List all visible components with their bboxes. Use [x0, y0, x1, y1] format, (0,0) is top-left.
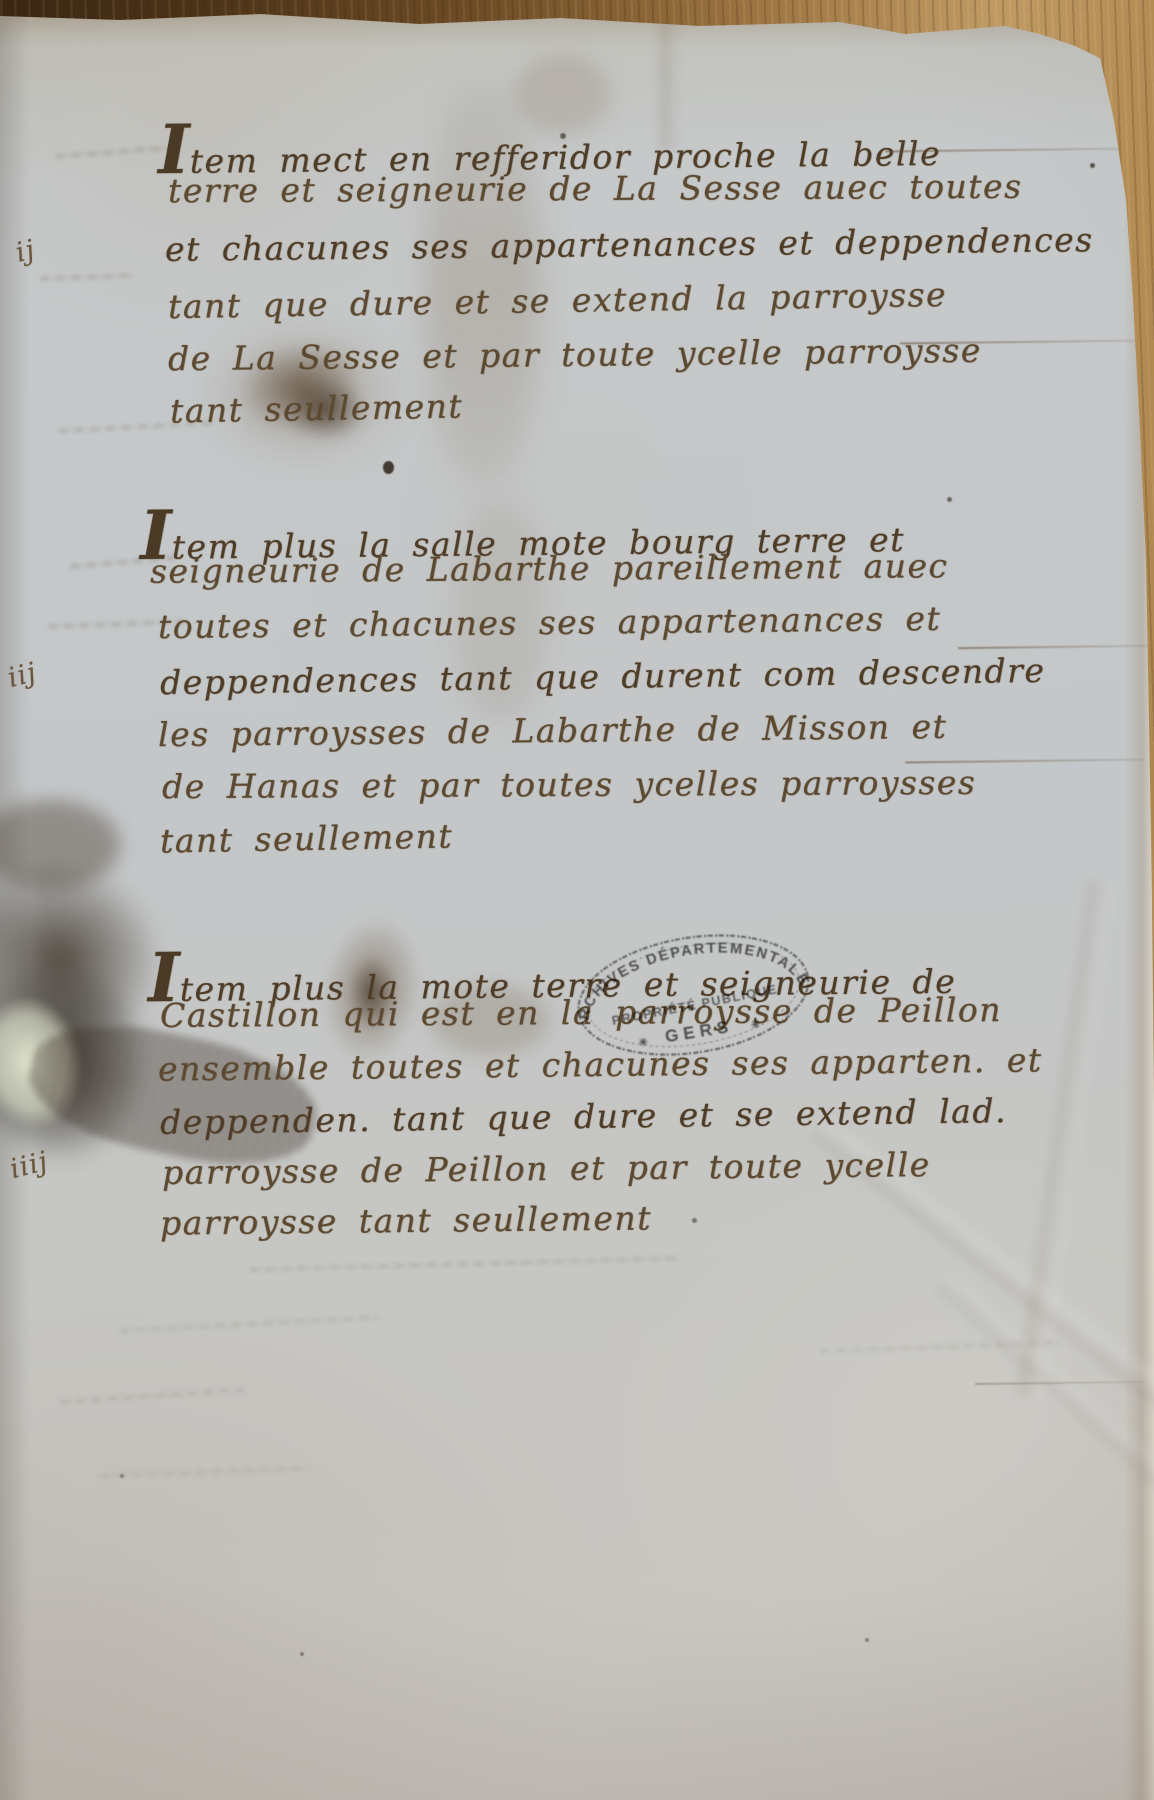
manuscript-line: et chacunes ses appartenances et deppend… [165, 223, 1094, 266]
manuscript-line: tant que dure et se extend la parroysse [168, 278, 947, 323]
stamp-place-name: GERS [664, 1016, 735, 1047]
manuscript-line: les parroysses de Labarthe de Misson et [158, 710, 948, 751]
manuscript-line: de La Sesse et par toute ycelle parroyss… [168, 334, 982, 376]
margin-numeral: iij [5, 659, 39, 692]
manuscript-line: deppendences tant que durent com descend… [160, 654, 1046, 699]
manuscript-line: tant seullement [170, 389, 464, 427]
manuscript-line: tant seullement [160, 819, 454, 857]
manuscript-page: ij iij iiij Item mect en refferidor proc… [0, 0, 1154, 1800]
pen-flourish [975, 1381, 1145, 1385]
margin-numeral: iiij [7, 1148, 51, 1183]
margin-numeral: ij [13, 236, 38, 267]
pen-flourish [958, 645, 1148, 649]
handwriting-layer: ij iij iiij Item mect en refferidor proc… [0, 0, 1154, 1800]
photo-frame: ij iij iiij Item mect en refferidor proc… [0, 0, 1154, 1800]
manuscript-line: deppenden. tant que dure et se extend la… [160, 1094, 1007, 1139]
manuscript-line: parroysse de Peillon et par toute ycelle [162, 1148, 931, 1189]
stamp-ornament: ✳ [638, 1036, 649, 1049]
manuscript-line: toutes et chacunes ses appartenances et [158, 602, 942, 643]
manuscript-line: seigneurie de Labarthe pareillement auec [150, 549, 949, 588]
manuscript-line: parroysse tant seullement [160, 1201, 652, 1239]
manuscript-line: de Hanas et par toutes ycelles parroysse… [162, 766, 976, 803]
stamp-ornament: ✳ [750, 1018, 761, 1031]
pen-flourish [905, 759, 1145, 764]
manuscript-line: terre et seigneurie de La Sesse auec tou… [168, 170, 1023, 207]
